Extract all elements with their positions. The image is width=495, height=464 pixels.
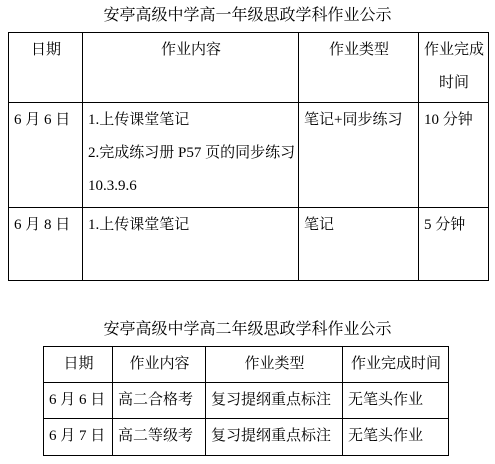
type-cell: 笔记+同步练习: [299, 103, 419, 208]
content-cell: 1.上传课堂笔记: [83, 208, 299, 281]
page-title-grade2: 安亭高级中学高二年级思政学科作业公示: [0, 319, 495, 340]
table1-col-header-type: 作业类型: [299, 33, 419, 103]
table2-row-1: 6 月 6 日 高二合格考 复习提纲重点标注 无笔头作业: [44, 383, 449, 419]
table1-row-2: 6 月 8 日 1.上传课堂笔记 笔记 5 分钟: [9, 208, 489, 281]
type-cell: 复习提纲重点标注: [206, 419, 343, 456]
homework-table-grade2: 日期 作业内容 作业类型 作业完成时间 6 月 6 日 高二合格考 复习提纲重点…: [43, 346, 449, 456]
type-cell: 笔记: [299, 208, 419, 281]
table1-header-row: 日期 作业内容 作业类型 作业完成时间: [9, 33, 489, 103]
homework-table-grade1: 日期 作业内容 作业类型 作业完成时间 6 月 6 日 1.上传课堂笔记 2.完…: [8, 32, 489, 281]
page-title-grade1: 安亭高级中学高一年级思政学科作业公示: [0, 5, 495, 26]
content-cell: 1.上传课堂笔记 2.完成练习册 P57 页的同步练习 10.3.9.6: [83, 103, 299, 208]
table2-header-row: 日期 作业内容 作业类型 作业完成时间: [44, 347, 449, 383]
table1-col-header-content: 作业内容: [83, 33, 299, 103]
table1-col-header-time: 作业完成时间: [419, 33, 489, 103]
date-cell: 6 月 6 日: [9, 103, 83, 208]
table2-col-header-time: 作业完成时间: [343, 347, 449, 383]
table2-col-header-type: 作业类型: [206, 347, 343, 383]
date-cell: 6 月 7 日: [44, 419, 113, 456]
time-cell: 无笔头作业: [343, 419, 449, 456]
date-cell: 6 月 6 日: [44, 383, 113, 419]
time-cell: 无笔头作业: [343, 383, 449, 419]
table2-col-header-content: 作业内容: [113, 347, 206, 383]
type-cell: 复习提纲重点标注: [206, 383, 343, 419]
date-cell: 6 月 8 日: [9, 208, 83, 281]
content-cell: 高二等级考: [113, 419, 206, 456]
content-cell: 高二合格考: [113, 383, 206, 419]
time-cell: 10 分钟: [419, 103, 489, 208]
table2-row-2: 6 月 7 日 高二等级考 复习提纲重点标注 无笔头作业: [44, 419, 449, 456]
table2-col-header-date: 日期: [44, 347, 113, 383]
table1-row-1: 6 月 6 日 1.上传课堂笔记 2.完成练习册 P57 页的同步练习 10.3…: [9, 103, 489, 208]
table1-col-header-date: 日期: [9, 33, 83, 103]
time-cell: 5 分钟: [419, 208, 489, 281]
